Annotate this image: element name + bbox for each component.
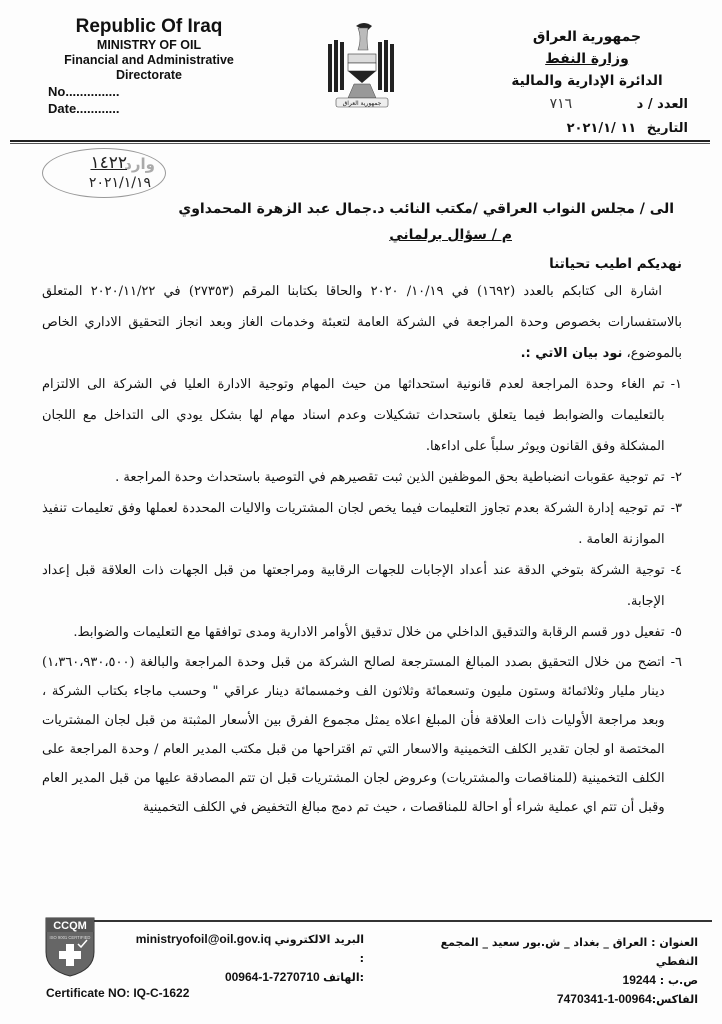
number-value-handwritten: ٧١٦ bbox=[550, 96, 573, 112]
stamp-number: ١٤٢٢ bbox=[90, 153, 127, 173]
list-item: ٢- تم توجية عقوبات انضباطية بحق الموظفين… bbox=[42, 462, 682, 493]
stamp-date: ٢٠٢١/١/١٩ bbox=[89, 175, 151, 191]
email-value: ministryofoil@oil.gov.iq bbox=[136, 932, 271, 946]
phone-line: 00964-1-7270710 الهاتف: bbox=[134, 968, 364, 987]
footer-contact: ministryofoil@oil.gov.iq البريد الالكترو… bbox=[134, 930, 364, 987]
directorate-ar: الدائرة الإدارية والمالية bbox=[482, 70, 692, 92]
letter-body: الى / مجلس النواب العراقي /مكتب النائب د… bbox=[42, 196, 682, 822]
subject-line: م / سؤال برلماني bbox=[42, 222, 512, 248]
arabic-letterhead: جمهورية العراق وزارة النفط الدائرة الإدا… bbox=[482, 26, 692, 141]
list-item: ٥- تفعيل دور قسم الرقابة والتدقيق الداخل… bbox=[42, 617, 682, 648]
stamp-label: وارد bbox=[124, 155, 155, 173]
greeting: نهديكم اطيب تحياتنا bbox=[42, 252, 682, 276]
footer-divider bbox=[60, 920, 712, 922]
country-name-en: Republic Of Iraq bbox=[44, 16, 254, 38]
directorate-line2-en: Directorate bbox=[44, 68, 254, 83]
number-field-ar: العدد / د ٧١٦ bbox=[482, 92, 692, 117]
svg-text:CCQM: CCQM bbox=[53, 920, 87, 932]
number-field-en: No............... bbox=[44, 83, 254, 100]
directorate-line1-en: Financial and Administrative bbox=[44, 53, 254, 68]
svg-text:ISO 9001 CERTIFIED: ISO 9001 CERTIFIED bbox=[50, 935, 91, 940]
english-letterhead: Republic Of Iraq MINISTRY OF OIL Financi… bbox=[44, 16, 254, 117]
recipient-line: الى / مجلس النواب العراقي /مكتب النائب د… bbox=[42, 196, 674, 222]
phone-label: الهاتف: bbox=[323, 971, 364, 984]
header-divider bbox=[10, 140, 710, 144]
address-line: العنوان : العراق _ بغداد _ ش.بور سعيد _ … bbox=[408, 933, 698, 971]
email-label: البريد الالكتروني : bbox=[275, 933, 364, 965]
ministry-name-en: MINISTRY OF OIL bbox=[44, 38, 254, 53]
iraq-eagle-emblem-icon: جمهورية العراق bbox=[322, 18, 402, 114]
scanned-letter-page: Republic Of Iraq MINISTRY OF OIL Financi… bbox=[0, 0, 722, 1024]
date-field-ar: التاريخ ١١ /٢٠٢١/١ bbox=[482, 117, 692, 141]
date-value-ar: ١١ /٢٠٢١/١ bbox=[567, 121, 637, 136]
phone-value: 00964-1-7270710 bbox=[225, 970, 320, 984]
svg-text:جمهورية العراق: جمهورية العراق bbox=[343, 100, 382, 107]
footer-address: العنوان : العراق _ بغداد _ ش.بور سعيد _ … bbox=[408, 933, 698, 1009]
ministry-name-ar: وزارة النفط bbox=[482, 48, 692, 70]
country-name-ar: جمهورية العراق bbox=[482, 26, 692, 48]
fax-line: الفاكس:00964-1-7470341 bbox=[408, 990, 698, 1009]
pobox-line: ص.ب : 19244 bbox=[408, 971, 698, 990]
incoming-stamp: وارد ١٤٢٢ ٢٠٢١/١/١٩ bbox=[42, 148, 166, 198]
list-item: ٣- تم توجيه إدارة الشركة بعدم تجاوز التع… bbox=[42, 493, 682, 555]
ccqm-iso-certified-badge-icon: CCQM ISO 9001 CERTIFIED bbox=[44, 916, 96, 978]
list-item: ٦- اتضح من خلال التحقيق بصدد المبالغ الم… bbox=[42, 648, 682, 822]
intro-paragraph: اشارة الى كتابكم بالعدد (١٦٩٢) في ١٠/١٩/… bbox=[42, 276, 682, 369]
intro-bold: نود بيان الاتي :. bbox=[521, 346, 623, 361]
date-field-en: Date............ bbox=[44, 100, 254, 117]
list-item: ١- تم الغاء وحدة المراجعة لعدم قانونية ا… bbox=[42, 369, 682, 462]
list-item: ٤- توجية الشركة بتوخي الدقة عند أعداد ال… bbox=[42, 555, 682, 617]
certificate-number: Certificate NO: IQ-C-1622 bbox=[46, 986, 189, 1000]
email-line: ministryofoil@oil.gov.iq البريد الالكترو… bbox=[134, 930, 364, 968]
